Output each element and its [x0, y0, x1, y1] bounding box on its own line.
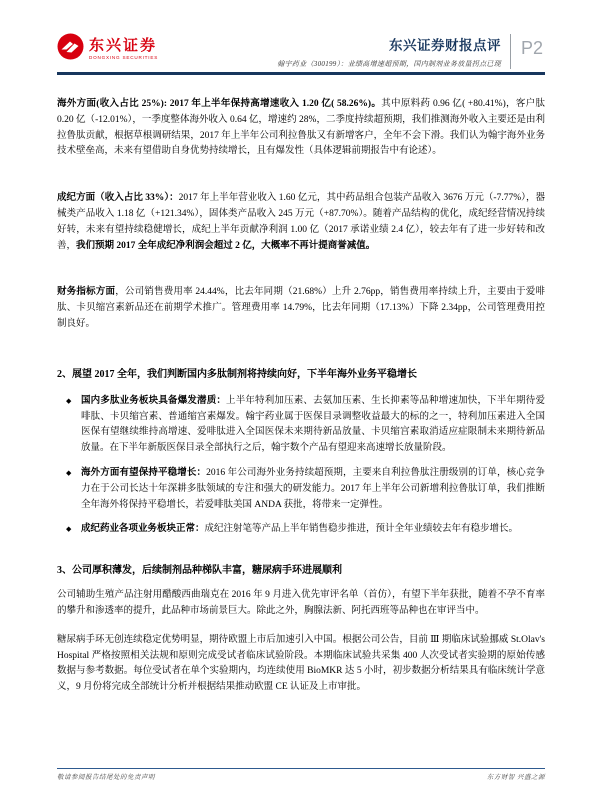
bullet-item-domestic-peptide: ◆ 国内多肽业务板块具备爆发潜质：上半年特利加压素、去氨加压素、生长抑素等品种增… [57, 394, 545, 457]
brand-name-cn: 东兴证券 [89, 38, 158, 53]
diamond-bullet-icon: ◆ [57, 394, 81, 457]
section-2-heading: 2、展望 2017 全年，我们判断国内多肽制剂将持续向好，下半年海外业务平稳增长 [57, 367, 545, 383]
para-cetrorelix: 公司辅助生殖产品注射用醋酸西曲瑞克在 2016 年 9 月进入优先审评名单（首仿… [57, 588, 545, 620]
report-body: 海外方面(收入占比 25%): 2017 年上半年保持高增速收入 1.20 亿(… [57, 97, 545, 696]
bullet-domestic-lead: 国内多肽业务板块具备爆发潜质： [81, 396, 226, 406]
para-biomkr: 糖尿病手环无创连续稳定优势明显，期待欧盟上市后加速引入中国。根据公司公告，目前 … [57, 633, 545, 696]
header-rule [57, 72, 545, 75]
footer-rule [57, 768, 545, 769]
brand-name-en: DONGXING SECURITIES [89, 56, 158, 61]
report-subtitle: 翰宇药业（300199）：业绩高增速超预期，国内制剂业务放量拐点已现 [277, 59, 501, 69]
report-page: 东兴证券 DONGXING SECURITIES 东兴证券财报点评 翰宇药业（3… [0, 0, 596, 808]
para-overseas: 海外方面(收入占比 25%): 2017 年上半年保持高增速收入 1.20 亿(… [57, 97, 545, 160]
diamond-bullet-icon: ◆ [57, 466, 81, 513]
para-finance-text: ，公司销售费用率 24.44%，比去年同期（21.68%）上升 2.76pp，销… [57, 287, 545, 329]
diamond-bullet-icon: ◆ [57, 522, 81, 538]
para-chengji: 成纪方面（收入占比 33%）：2017 年上半年营业收入 1.60 亿元，其中药… [57, 191, 545, 254]
header-title-area: 东兴证券财报点评 翰宇药业（300199）：业绩高增速超预期，国内制剂业务放量拐… [277, 34, 545, 69]
footer-slogan: 东方财智 兴盛之源 [487, 772, 545, 781]
bullet-overseas-lead: 海外方面有望保持平稳增长： [81, 468, 206, 478]
dongxing-logo: 东兴证券 DONGXING SECURITIES [57, 33, 158, 65]
para-chengji-bold-tail: 我们预期 2017 全年成纪净利润会超过 2 亿，大概率不再计提商誉减值。 [76, 241, 375, 251]
para-finance-lead: 财务指标方面 [57, 287, 115, 297]
footer: 敬请参阅报告结尾处的免责声明 东方财智 兴盛之源 [57, 772, 545, 781]
bullet-item-chengji: ◆ 成纪药业各项业务板块正常：成纪注射笔等产品上半年销售稳步推进，预计全年业绩较… [57, 522, 545, 538]
page-number: P2 [511, 34, 545, 69]
para-finance: 财务指标方面，公司销售费用率 24.44%，比去年同期（21.68%）上升 2.… [57, 285, 545, 332]
para-overseas-lead: 海外方面(收入占比 25%): 2017 年上半年保持高增速收入 1.20 亿(… [57, 99, 381, 109]
section-3-heading: 3、公司厚积薄发，后续制剂品种梯队丰富，糖尿病手环进展顺利 [57, 563, 545, 579]
dongxing-logo-icon [57, 33, 84, 65]
footer-disclaimer: 敬请参阅报告结尾处的免责声明 [57, 772, 155, 781]
bullet-chengji-text: 成纪注射笔等产品上半年销售稳步推进，预计全年业绩较去年有稳步增长。 [205, 524, 519, 534]
para-chengji-lead: 成纪方面（收入占比 33%）： [57, 193, 179, 203]
section-2-bullet-list: ◆ 国内多肽业务板块具备爆发潜质：上半年特利加压素、去氨加压素、生长抑素等品种增… [57, 394, 545, 538]
bullet-chengji-lead: 成纪药业各项业务板块正常： [81, 524, 205, 534]
bullet-item-overseas: ◆ 海外方面有望保持平稳增长：2016 年公司海外业务持续超预期，主要来自利拉鲁… [57, 466, 545, 513]
report-type-title: 东兴证券财报点评 [277, 34, 501, 54]
